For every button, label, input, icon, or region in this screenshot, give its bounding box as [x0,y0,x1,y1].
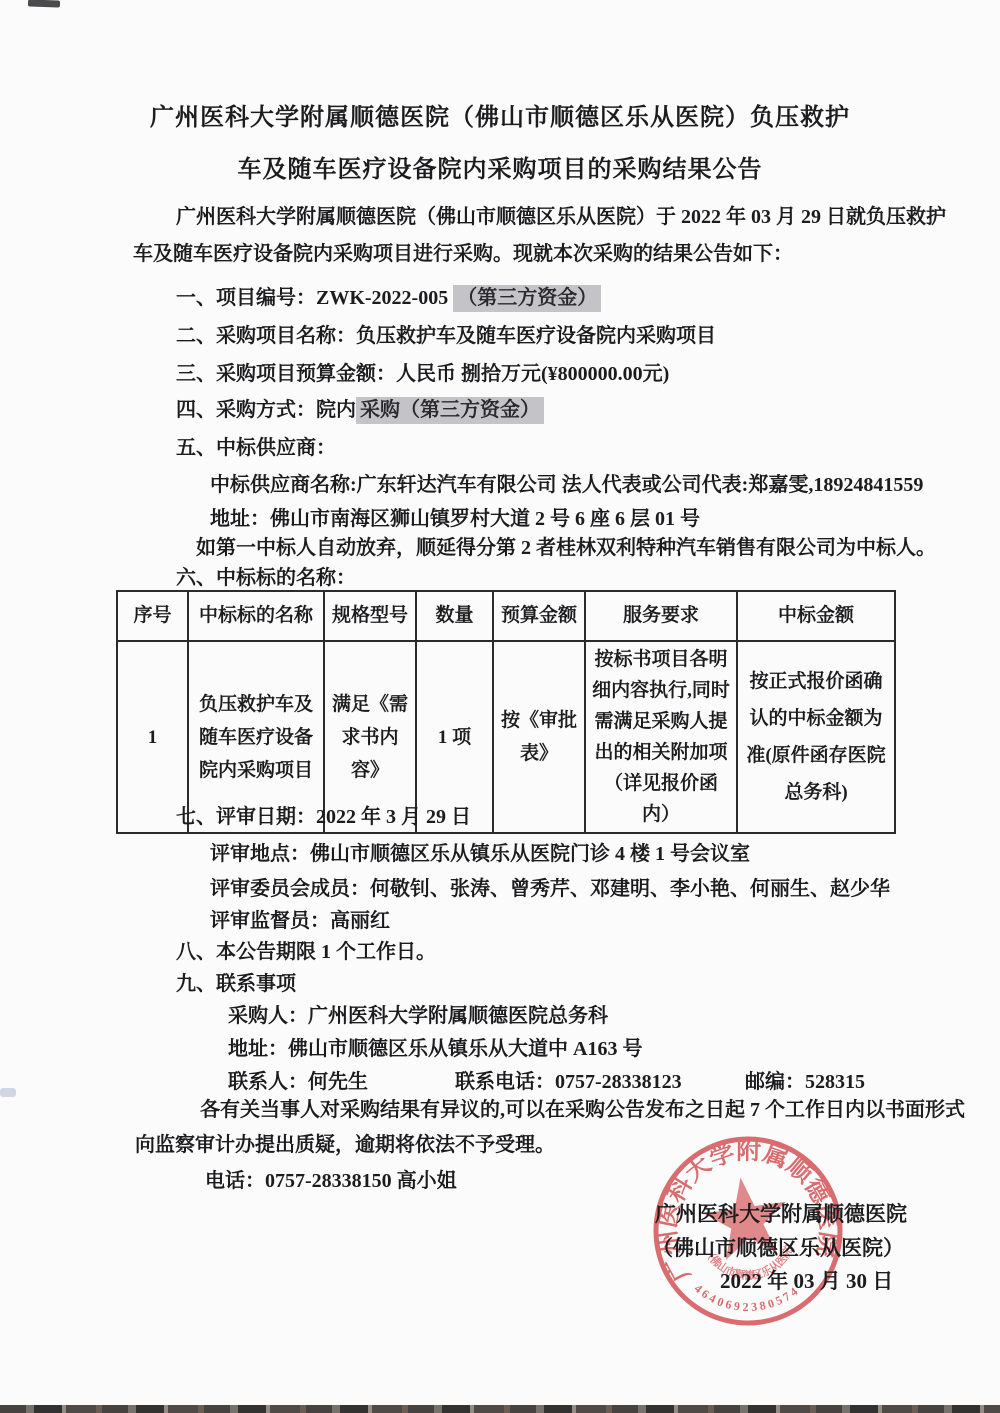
item-7-supervisor: 评审监督员：高丽红 [210,907,390,935]
table-cell-budget: 按《审批表》 [493,641,585,833]
item-2-project-name: 二、采购项目名称：负压救护车及随车医疗设备院内采购项目 [176,322,716,350]
table-header-seq: 序号 [117,591,188,641]
item-4-label: 四、采购方式：院内 [176,399,356,421]
table-header-row: 序号 中标标的名称 规格型号 数量 预算金额 服务要求 中标金额 [117,591,895,641]
item-5-supplier-name: 中标供应商名称:广东轩达汽车有限公司 法人代表或公司代表:郑嘉雯,1892484… [210,471,923,499]
item-7-review-date: 七、评审日期：2022 年 3 月 29 日 [176,803,471,831]
contact-phone: 联系电话：0757-28338123 [455,1068,682,1096]
item-9-address: 地址：佛山市顺德区乐从镇乐从大道中 A163 号 [228,1035,642,1063]
scan-artifact-bottom [0,1405,1000,1413]
scan-artifact-left [0,1088,16,1097]
item-8-period: 八、本公告期限 1 个工作日。 [176,938,436,966]
item-5-supplier-address: 地址：佛山市南海区狮山镇罗村大道 2 号 6 座 6 层 01 号 [210,505,700,533]
item-1-highlight: （第三方资金） [453,285,601,312]
scan-artifact-top [28,0,60,8]
table-header-amount: 中标金额 [737,591,895,641]
notice-line-1: 各有关当事人对采购结果有异议的,可以在采购公告发布之日起 7 个工作日内以书面形… [200,1096,965,1124]
item-7-committee: 评审委员会成员：何敬钊、张涛、曾秀芹、邓建明、李小艳、何丽生、赵少华 [210,875,890,903]
item-1-label: 一、项目编号：ZWK-2022-005 [176,287,453,309]
intro-line-1: 广州医科大学附属顺德医院（佛山市顺德区乐从医院）于 2022 年 03 月 29… [176,203,946,231]
item-3-budget: 三、采购项目预算金额：人民币 捌拾万元(¥800000.00元) [176,360,669,388]
intro-line-2: 车及随车医疗设备院内采购项目进行采购。现就本次采购的结果公告如下： [133,240,793,268]
signature-org-line-1: 广州医科大学附属顺德医院 [655,1200,907,1228]
item-4-highlight: 采购（第三方资金） [356,397,544,424]
document-page: 广州医科大学附属顺德医院（佛山市顺德区乐从医院）负压救护 车及随车医疗设备院内采… [0,0,1000,1413]
item-9-header: 九、联系事项 [176,970,296,998]
contact-zip: 邮编：528315 [745,1068,865,1096]
item-1-project-number: 一、项目编号：ZWK-2022-005 （第三方资金） [176,284,601,312]
notice-phone: 电话：0757-28338150 高小姐 [205,1167,457,1195]
item-5-fallback-note: 如第一中标人自动放弃，顺延得分第 2 者桂林双利特种汽车销售有限公司为中标人。 [196,534,936,562]
signature-date: 2022 年 03 月 30 日 [720,1267,893,1295]
table-header-budget: 预算金额 [493,591,585,641]
item-7-review-place: 评审地点：佛山市顺德区乐从镇乐从医院门诊 4 楼 1 号会议室 [210,840,750,868]
item-4-method: 四、采购方式：院内采购（第三方资金） [176,396,544,424]
table-cell-service: 按标书项目各明细内容执行,同时需满足采购人提出的相关附加项（详见报价函内） [585,641,737,833]
table-header-name: 中标标的名称 [188,591,324,641]
item-6-header: 六、中标标的名称： [176,564,356,592]
item-9-buyer: 采购人：广州医科大学附属顺德医院总务科 [228,1002,608,1030]
document-title-line-2: 车及随车医疗设备院内采购项目的采购结果公告 [0,156,1000,184]
document-title-line-1: 广州医科大学附属顺德医院（佛山市顺德区乐从医院）负压救护 [0,104,1000,132]
table-cell-amount: 按正式报价函确认的中标金额为准(原件函存医院总务科) [737,641,895,833]
item-5-header: 五、中标供应商： [176,434,336,462]
table-header-qty: 数量 [416,591,493,641]
table-header-spec: 规格型号 [324,591,416,641]
contact-person: 联系人：何先生 [228,1068,368,1096]
seal-ring [644,1127,852,1335]
signature-org-line-2: （佛山市顺德区乐从医院） [652,1234,904,1262]
award-result-table: 序号 中标标的名称 规格型号 数量 预算金额 服务要求 中标金额 1 负压救护车… [116,590,896,834]
table-header-service: 服务要求 [585,591,737,641]
notice-line-2: 向监察审计办提出质疑，逾期将依法不予受理。 [135,1131,555,1159]
official-seal: 广州医科大学附属顺德医院 （佛山市顺德区乐从医院） 4640692380574 [624,1107,872,1355]
